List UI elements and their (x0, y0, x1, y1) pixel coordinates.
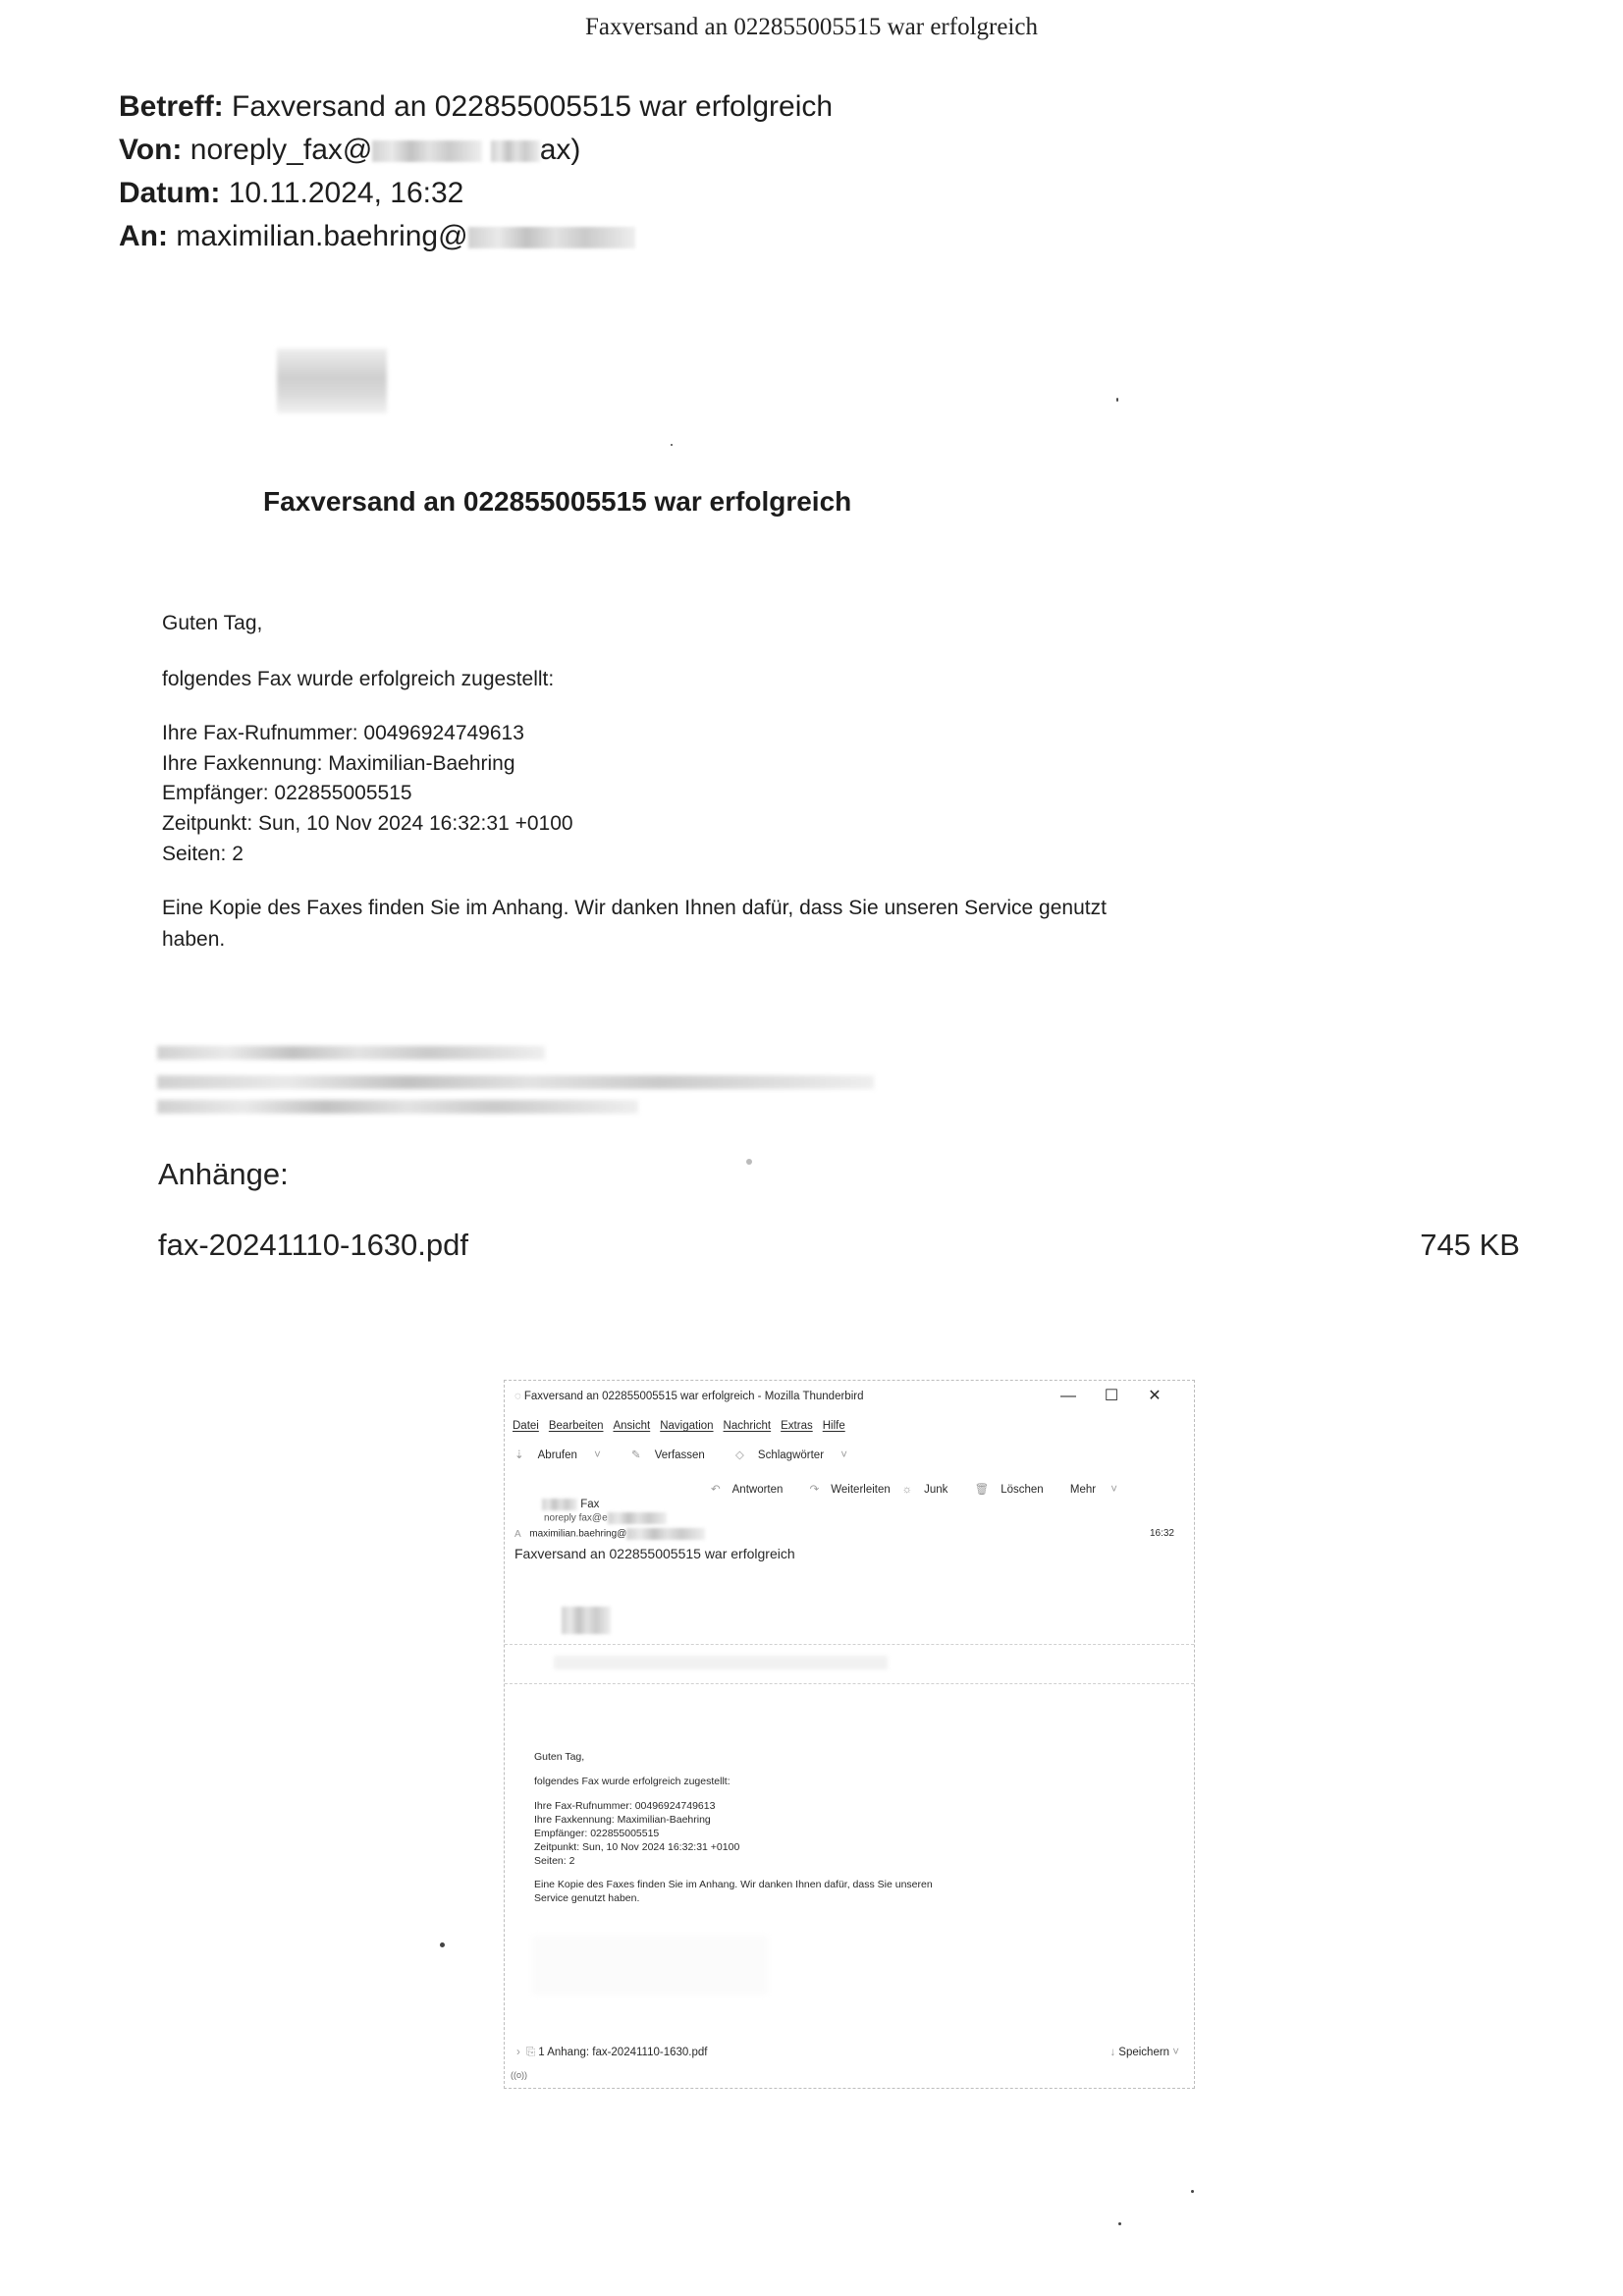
to-label: A (514, 1529, 521, 1540)
redacted-domain (372, 140, 482, 162)
menu-datei[interactable]: Datei (513, 1420, 539, 1432)
loeschen-label: Löschen (1001, 1484, 1043, 1496)
redacted-signature-1 (157, 1046, 545, 1060)
closing-line-2: haben. (162, 928, 225, 952)
from-value: noreply_fax@ (190, 134, 373, 166)
header-to: An: maximilian.baehring@ (119, 220, 635, 253)
scan-speck (1191, 2190, 1194, 2193)
redacted-signature-3 (157, 1100, 638, 1114)
forward-icon: ↷ (810, 1484, 820, 1496)
verfassen-button[interactable]: ✎Verfassen (631, 1449, 719, 1461)
detail-recipient: Empfänger: 022855005515 (162, 782, 412, 805)
redacted-tb-signature (532, 1936, 768, 1995)
schlagwoerter-button[interactable]: ◇Schlagwörter ˅ (735, 1449, 861, 1461)
tb-detail-fax-number: Ihre Fax-Rufnummer: 00496924749613 (534, 1800, 715, 1812)
message-subject: Faxversand an 022855005515 war erfolgrei… (514, 1546, 795, 1561)
minimize-icon[interactable]: — (1047, 1388, 1090, 1405)
message-actions-right: ☼Junk 🗑Löschen Mehr ˅ (902, 1482, 1141, 1496)
menu-extras[interactable]: Extras (781, 1420, 813, 1432)
menu-ansicht[interactable]: Ansicht (613, 1420, 650, 1432)
tb-intro: folgendes Fax wurde erfolgreich zugestel… (534, 1776, 730, 1787)
attachments-label: Anhänge: (158, 1157, 289, 1192)
tb-closing-1: Eine Kopie des Faxes finden Sie im Anhan… (534, 1879, 933, 1890)
maximize-icon[interactable]: ☐ (1090, 1386, 1133, 1405)
menu-nachricht[interactable]: Nachricht (724, 1420, 772, 1432)
sender-name[interactable]: Fax (580, 1499, 599, 1510)
print-header-title: Faxversand an 022855005515 war erfolgrei… (0, 14, 1623, 41)
redacted-domain-2 (491, 140, 540, 162)
junk-button[interactable]: ☼Junk (902, 1484, 960, 1496)
closing-line-1: Eine Kopie des Faxes finden Sie im Anhan… (162, 897, 1107, 920)
attachment-bar-label: 1 Anhang: fax-20241110-1630.pdf (538, 2047, 707, 2058)
header-date: Datum: 10.11.2024, 16:32 (119, 177, 463, 210)
redacted-signature-2 (157, 1075, 874, 1089)
scan-speck (1118, 2222, 1121, 2225)
paperclip-icon: ⎘ (526, 2047, 535, 2058)
subject-value: Faxversand an 022855005515 war erfolgrei… (232, 90, 833, 123)
tag-icon: ◇ (735, 1449, 744, 1461)
sender-name-row: Fax (542, 1499, 599, 1510)
sender-mail-row: noreply fax@e (544, 1512, 667, 1524)
message-actions-left: ↶Antworten ↷Weiterleiten (711, 1482, 914, 1496)
antworten-button[interactable]: ↶Antworten (711, 1484, 794, 1496)
redacted-sender-mail (608, 1512, 667, 1524)
mail-title: Faxversand an 022855005515 war erfolgrei… (263, 486, 851, 518)
scan-speck (1116, 398, 1118, 402)
mehr-button[interactable]: Mehr ˅ (1070, 1484, 1129, 1496)
date-label: Datum: (119, 177, 220, 209)
verfassen-label: Verfassen (655, 1449, 705, 1461)
attachment-file-name[interactable]: fax-20241110-1630.pdf (158, 1228, 468, 1263)
tb-detail-recipient: Empfänger: 022855005515 (534, 1828, 659, 1839)
redacted-sender (542, 1499, 577, 1510)
sender-mail: noreply fax@e (544, 1513, 608, 1524)
redacted-logo (277, 349, 387, 413)
download-icon: ⇣ (514, 1449, 524, 1461)
save-label: Speichern (1118, 2047, 1169, 2058)
window-controls: —☐✕ (1047, 1386, 1176, 1405)
download-icon: ↓ (1110, 2047, 1116, 2058)
weiterleiten-label: Weiterleiten (831, 1484, 891, 1496)
detail-timestamp: Zeitpunkt: Sun, 10 Nov 2024 16:32:31 +01… (162, 812, 573, 836)
chevron-right-icon[interactable]: › (516, 2047, 520, 2058)
redacted-logo-small (562, 1607, 611, 1634)
message-time: 16:32 (1150, 1528, 1174, 1539)
thunderbird-logo-icon: ◌ (514, 1391, 521, 1402)
subject-label: Betreff: (119, 90, 224, 123)
tb-closing-2: Service genutzt haben. (534, 1892, 639, 1904)
attachment-file-size: 745 KB (1420, 1228, 1520, 1263)
thunderbird-titlebar: ◌Faxversand an 022855005515 war erfolgre… (514, 1391, 863, 1402)
detail-fax-id: Ihre Faxkennung: Maximilian-Baehring (162, 752, 515, 776)
abrufen-label: Abrufen (538, 1449, 577, 1461)
header-subject: Betreff: Faxversand an 022855005515 war … (119, 90, 833, 124)
detail-pages: Seiten: 2 (162, 843, 243, 866)
thunderbird-window: ◌Faxversand an 022855005515 war erfolgre… (504, 1380, 1195, 2089)
tb-detail-fax-id: Ihre Faxkennung: Maximilian-Baehring (534, 1814, 711, 1826)
detail-fax-number: Ihre Fax-Rufnummer: 00496924749613 (162, 722, 524, 745)
trash-icon: 🗑 (975, 1484, 990, 1496)
menu-bearbeiten[interactable]: Bearbeiten (549, 1420, 604, 1432)
redacted-to-domain (468, 227, 635, 248)
date-value: 10.11.2024, 16:32 (229, 177, 464, 209)
antworten-label: Antworten (732, 1484, 784, 1496)
redacted-recipient (626, 1528, 705, 1540)
junk-icon: ☼ (902, 1484, 913, 1496)
separator (505, 1683, 1194, 1684)
scan-speck (440, 1942, 445, 1947)
pencil-icon: ✎ (631, 1449, 641, 1461)
save-button[interactable]: ↓Speichern ˅ (1110, 2047, 1182, 2058)
chevron-down-icon: ˅ (840, 1449, 847, 1461)
scan-speck (671, 444, 673, 446)
schlagwoerter-label: Schlagwörter (758, 1449, 824, 1461)
chevron-down-icon[interactable]: ˅ (1172, 2047, 1179, 2058)
attachment-bar[interactable]: › ⎘1 Anhang: fax-20241110-1630.pdf (516, 2047, 707, 2059)
separator (505, 1644, 1194, 1645)
mehr-label: Mehr (1070, 1484, 1096, 1496)
tb-detail-timestamp: Zeitpunkt: Sun, 10 Nov 2024 16:32:31 +01… (534, 1841, 739, 1853)
intro: folgendes Fax wurde erfolgreich zugestel… (162, 668, 554, 691)
redacted-banner (554, 1656, 888, 1669)
header-from: Von: noreply_fax@ ax) (119, 134, 580, 167)
to-label: An: (119, 220, 168, 252)
from-label: Von: (119, 134, 182, 166)
menu-hilfe[interactable]: Hilfe (823, 1420, 845, 1432)
loeschen-button[interactable]: 🗑Löschen (975, 1484, 1055, 1496)
close-icon[interactable]: ✕ (1133, 1386, 1176, 1405)
recipient-value[interactable]: maximilian.baehring@ (529, 1529, 626, 1540)
tb-detail-pages: Seiten: 2 (534, 1855, 574, 1867)
weiterleiten-button[interactable]: ↷Weiterleiten (810, 1484, 902, 1496)
menu-navigation[interactable]: Navigation (660, 1420, 713, 1432)
to-value: maximilian.baehring@ (176, 220, 467, 252)
menu-bar: DateiBearbeitenAnsichtNavigationNachrich… (513, 1420, 855, 1432)
main-toolbar: ⇣Abrufen ˅ ✎Verfassen ◇Schlagwörter ˅ (514, 1448, 875, 1461)
reply-icon: ↶ (711, 1484, 721, 1496)
chevron-down-icon: ˅ (1110, 1484, 1117, 1496)
scan-speck (746, 1159, 752, 1165)
greeting: Guten Tag, (162, 612, 262, 635)
from-value-suffix: ax) (540, 134, 581, 166)
tb-greeting: Guten Tag, (534, 1751, 584, 1763)
junk-label: Junk (924, 1484, 947, 1496)
recipient-row: A maximilian.baehring@ (514, 1528, 705, 1540)
chevron-down-icon[interactable]: ˅ (594, 1449, 601, 1461)
abrufen-button[interactable]: ⇣Abrufen ˅ (514, 1449, 615, 1461)
status-activity-icon: ((o)) (511, 2070, 527, 2080)
window-title: Faxversand an 022855005515 war erfolgrei… (524, 1391, 864, 1402)
